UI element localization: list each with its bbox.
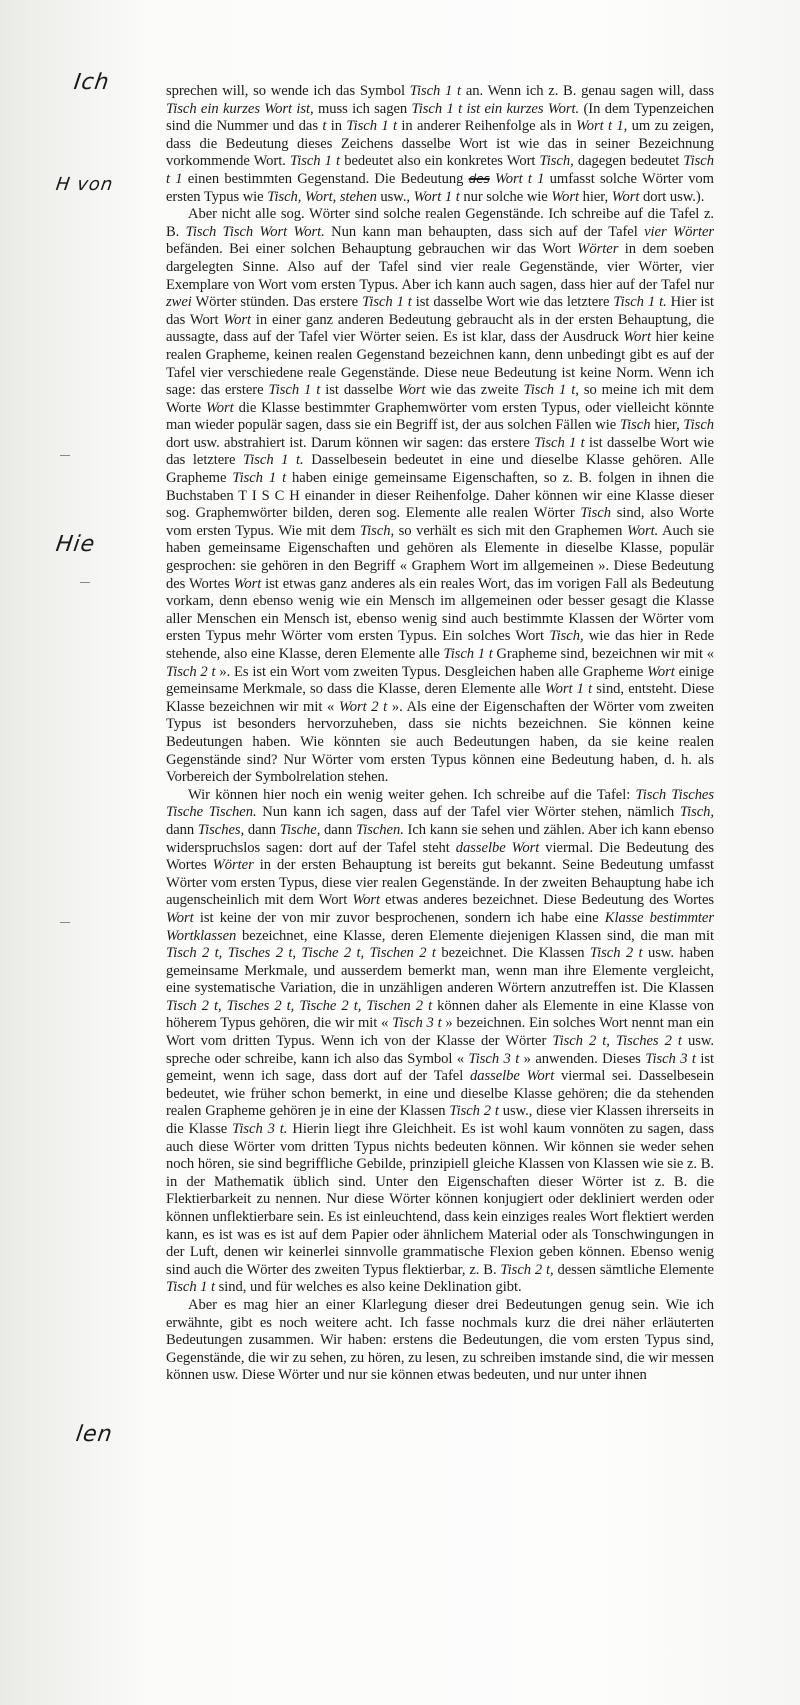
text-run: so verhält es sich mit den Graphemen [394,523,627,539]
text-run: Wir können hier noch ein wenig weiter ge… [188,787,636,803]
text-run: ist dasselbe Wort wie das letztere [412,294,614,310]
text-run: dann [244,822,280,838]
italic-term: Wort [352,892,380,908]
italic-term: Tisch 1 t [269,382,321,398]
margin-note-ich: Ich [72,70,111,95]
text-run: sind, und für welches es also keine Dekl… [215,1279,522,1295]
text-run: bezeichnet, eine Klasse, deren Elemente … [236,928,714,944]
margin-dash [60,922,70,923]
italic-term: Tisch 2 t, Tisches 2 t, Tische 2 t, Tisc… [166,945,436,961]
text-run: hier, [579,189,612,205]
italic-term: Tisches, [198,822,244,838]
text-run: Wörter stünden. Das erstere [192,294,362,310]
margin-dash [80,582,90,583]
text-run: einen bestimmten Gegenstand. Die Bedeutu… [183,171,469,187]
italic-term: Wort [551,189,579,205]
italic-term: Tisch ein kurzes Wort ist, [166,101,314,117]
italic-term: Tisch 1 t ist ein kurzes Wort. [412,101,580,117]
text-run: dagegen bedeutet [574,153,684,169]
text-run: in anderer Reihenfolge als in [397,118,576,134]
paragraph: Aber es mag hier an einer Klarlegung die… [166,1297,714,1385]
body-text: sprechen will, so wende ich das Symbol T… [166,83,714,1385]
italic-term: Tisch 1 t [534,435,585,451]
text-run: ist keine der von mir zuvor besprochenen… [194,910,605,926]
italic-term: Tisch 1 t. [243,452,304,468]
text-run: Aber es mag hier an einer Klarlegung die… [166,1297,714,1383]
italic-term: Tisch 1 t, [523,382,578,398]
italic-term: Tisch 1 t [290,153,340,169]
italic-term: Wort 1 t [414,189,460,205]
italic-term: Tisch 1 t [166,1279,215,1295]
italic-term: Tisch 3 t [392,1015,441,1031]
text-run: Grapheme sind, bezeichnen wir mit « [493,646,714,662]
text-run: befänden. Bei einer solchen Behauptung g… [166,241,577,257]
text-run: usw., [377,189,414,205]
italic-term: Wort 2 t [339,699,387,715]
italic-term: Tisch 2 t, Tisches 2 t [552,1033,682,1049]
text-run: wie das zweite [426,382,524,398]
italic-term: Tisch, Wort, stehen [267,189,377,205]
italic-term: Wörter [577,241,618,257]
italic-term: Tisch 2 t, [500,1262,553,1278]
italic-term: Tisch 2 t [166,664,216,680]
italic-term: Tisch, [360,523,394,539]
italic-term: Tischen. [356,822,404,838]
text-run: dann [166,822,198,838]
text-run: an. Wenn ich z. B. genau sagen will, das… [461,83,714,99]
italic-term: Tisch 3 t [469,1051,520,1067]
margin-dash [60,455,70,456]
text-run: bezeichnet. Die Klassen [436,945,590,961]
text-run: in [326,118,346,134]
italic-term: vier Wörter [644,224,714,240]
italic-term: Tisch 1 t. [613,294,666,310]
italic-term: Tisch 1 t [232,470,286,486]
italic-term: Wort [223,312,251,328]
text-run: ist dasselbe [320,382,398,398]
text-run: muss ich sagen [314,101,412,117]
text-run: dort usw.). [639,189,704,205]
italic-term: Wort t 1, [576,118,627,134]
italic-term: Wort [647,664,675,680]
italic-term: Tisch [683,417,714,433]
italic-term: Wort [234,576,262,592]
text-run: Nun kann man behaupten, dass sich auf de… [325,224,644,240]
scanned-page: Ich H von Hie len sprechen will, so wend… [0,0,800,1705]
italic-term: Tische, [280,822,321,838]
paragraph: Wir können hier noch ein wenig weiter ge… [166,787,714,1297]
text-run: ». Es ist ein Wort vom zweiten Typus. De… [216,664,648,680]
text-run: dessen sämtliche Elemente [554,1262,714,1278]
italic-term: Tisch 2 t [590,945,643,961]
italic-term: dasselbe Wort [456,840,540,856]
italic-term: zwei [166,294,192,310]
text-run: ch [190,83,204,99]
italic-term: Wort 1 t [545,681,592,697]
italic-term: Tisch 1 t [346,118,397,134]
italic-term: Tisch [620,417,651,433]
text-run: en will, so wende ich das Symbol [204,83,410,99]
paragraph: sprechen will, so wende ich das Symbol T… [166,83,714,206]
italic-term: Tisch 2 t [449,1103,499,1119]
italic-term: Tisch, [549,628,583,644]
text-run: Nun kann ich sagen, dass auf der Tafel v… [257,804,680,820]
text-run: dann [320,822,356,838]
italic-term: Tisch 1 t [443,646,492,662]
italic-term: Tisch 3 t [645,1051,696,1067]
italic-term: Tisch, [680,804,714,820]
italic-term: dasselbe Wort [470,1068,554,1084]
italic-term: Tisch [580,505,611,521]
text-run: nur solche wie [460,189,552,205]
italic-term: Wort t 1 [495,171,544,187]
text-run: dort usw. abstrahiert ist. Darum können … [166,435,534,451]
margin-note-h-von: H von [55,174,115,195]
italic-term: Tisch 1 t [410,83,461,99]
italic-term: Tisch 3 t. [232,1121,287,1137]
italic-term: Wort [623,329,651,345]
italic-term: Wort [206,400,234,416]
text-run: hier, [650,417,683,433]
text-run: spre [166,83,190,99]
italic-term: Tisch Tisch Wort Wort. [186,224,325,240]
paragraph: Aber nicht alle sog. Wörter sind solche … [166,206,714,787]
italic-term: Tisch, [540,153,574,169]
text-run: etwas anderes bezeichnet. Diese Bedeutun… [380,892,714,908]
text-run: Hierin liegt ihre Gleichheit. Es ist woh… [166,1121,714,1278]
margin-note-hie: Hie [54,532,97,557]
italic-term: Wort. [627,523,658,539]
struck-out-word: des [469,172,490,186]
text-run: bedeutet also ein konkretes Wort [340,153,539,169]
italic-term: Tisch 2 t, Tisches 2 t, Tische 2 t, Tisc… [166,998,432,1014]
text-run: » anwenden. Dieses [519,1051,645,1067]
margin-note-len: len [74,1422,114,1447]
italic-term: Wort [398,382,426,398]
italic-term: Wort [166,910,194,926]
italic-term: Wörter [213,857,254,873]
italic-term: Tisch 1 t [362,294,412,310]
italic-term: Wort [612,189,640,205]
